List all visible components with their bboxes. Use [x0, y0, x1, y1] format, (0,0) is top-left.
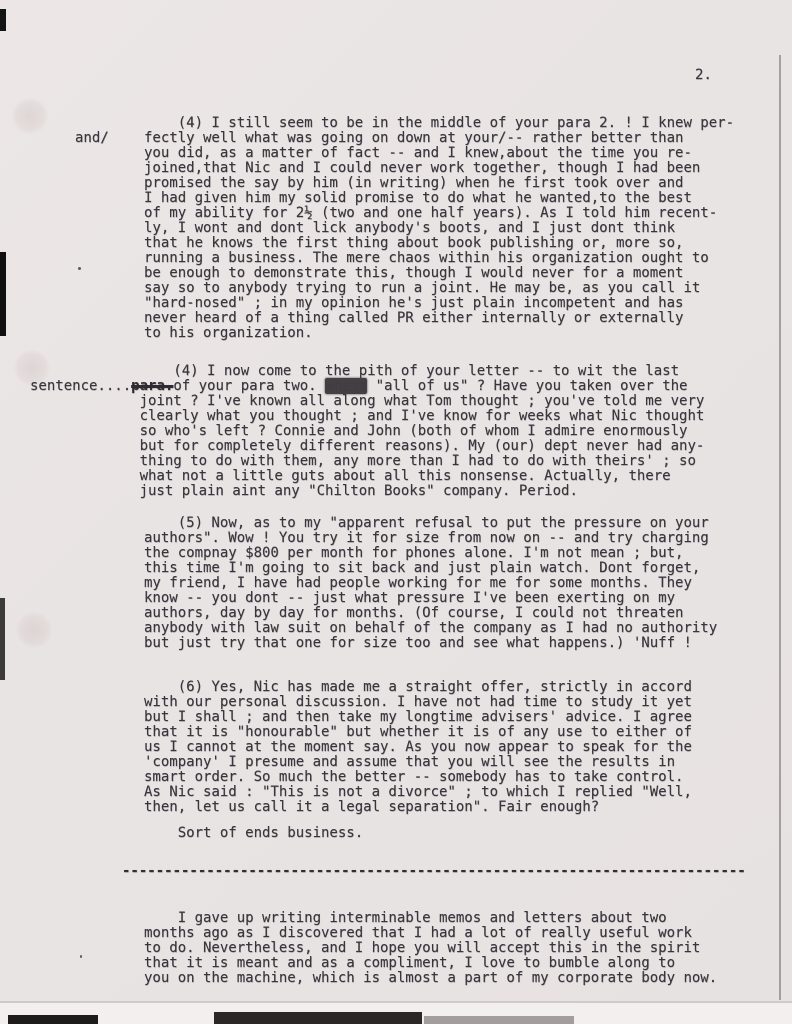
text-segment: "all of us" ? Have you taken over the: [367, 378, 687, 394]
text-line: never heard of a thing called PR either …: [144, 311, 734, 326]
margin-note-and: and/: [75, 131, 109, 146]
ink-speck: [78, 267, 81, 270]
paper-right-edge-line: [779, 55, 781, 1000]
text-line: but for completely different reasons). M…: [30, 439, 704, 454]
text-line: sentence....para.of your para two. Whats…: [30, 379, 704, 394]
text-line: I gave up writing interminable memos and…: [144, 911, 717, 926]
text-line: to his organization.: [144, 326, 734, 341]
text-segment: of your para two.: [173, 378, 325, 394]
sort-of-ends-line: Sort of ends business.: [144, 826, 363, 841]
paragraph-5: (5) Now, as to my "apparent refusal to p…: [144, 516, 717, 651]
text-line: fectly well what was going on down at yo…: [144, 131, 734, 146]
paragraph-4b: (4) I now come to the pith of your lette…: [30, 364, 704, 499]
closing-paragraph: I gave up writing interminable memos and…: [144, 911, 717, 986]
text-line: this time I'm going to sit back and just…: [144, 561, 717, 576]
text-line: you on the machine, which is almost a pa…: [144, 971, 717, 986]
text-line: I had given him my solid promise to do w…: [144, 191, 734, 206]
text-line: smart order. So much the better -- someb…: [144, 770, 692, 785]
text-line: authors, day by day for months. (Of cour…: [144, 606, 717, 621]
scan-edge-mark: [424, 1016, 574, 1024]
text-line: promised the say by him (in writing) whe…: [144, 176, 734, 191]
struck-text: para.: [131, 378, 173, 394]
text-line: of my ability for 2½ (two and one half y…: [144, 206, 734, 221]
text-line: say so to anybody trying to run a joint.…: [144, 281, 734, 296]
text-line: just plain aint any "Chilton Books" comp…: [30, 484, 704, 499]
ink-speck: [80, 955, 82, 958]
text-line: ly, I wont and dont lick anybody's boots…: [144, 221, 734, 236]
text-line: joined,that Nic and I could never work t…: [144, 161, 734, 176]
scan-edge-mark: [8, 1015, 98, 1024]
text-line: authors". Wow ! You try it for size from…: [144, 531, 717, 546]
scan-edge-mark: [0, 252, 6, 336]
page-number: 2.: [695, 68, 712, 83]
blot-text: Whats: [325, 378, 367, 394]
text-line: my friend, I have had people working for…: [144, 576, 717, 591]
text-line: (4) I now come to the pith of your lette…: [30, 364, 704, 379]
text-line: the compnay $800 per month for phones al…: [144, 546, 717, 561]
text-line: anybody with law suit on behalf of the c…: [144, 621, 717, 636]
scan-edge-mark: [0, 598, 5, 680]
scan-edge-mark: [214, 1012, 422, 1024]
text-line: but I shall ; and then take my longtime …: [144, 710, 692, 725]
text-line: that it is meant and as a compliment, I …: [144, 956, 717, 971]
text-segment: sentence....: [30, 378, 131, 394]
text-line: 'company' I presume and assume that you …: [144, 755, 692, 770]
text-line: As Nic said : "This is not a divorce" ; …: [144, 785, 692, 800]
hole-punch-ghost: [12, 98, 48, 134]
text-line: thing to do with them, any more than I h…: [30, 454, 704, 469]
text-line: but just try that one for size too and s…: [144, 636, 717, 651]
text-line: (5) Now, as to my "apparent refusal to p…: [144, 516, 717, 531]
text-line: to do. Nevertheless, and I hope you will…: [144, 941, 717, 956]
typed-divider-rule: ----------------------------------------…: [122, 864, 746, 879]
text-line: running a business. The mere chaos withi…: [144, 251, 734, 266]
text-line: us I cannot at the moment say. As you no…: [144, 740, 692, 755]
text-line: be enough to demonstrate this, though I …: [144, 266, 734, 281]
paragraph-6: (6) Yes, Nic has made me a straight offe…: [144, 680, 692, 815]
text-line: "hard-nosed" ; in my opinion he's just p…: [144, 296, 734, 311]
text-line: you did, as a matter of fact -- and I kn…: [144, 146, 734, 161]
text-line: clearly what you thought ; and I've know…: [30, 409, 704, 424]
text-line: Sort of ends business.: [144, 826, 363, 841]
hole-punch-ghost: [16, 612, 52, 648]
text-line: months ago as I discovered that I had a …: [144, 926, 717, 941]
text-line: then, let us call it a legal separation"…: [144, 800, 692, 815]
text-line: (6) Yes, Nic has made me a straight offe…: [144, 680, 692, 695]
text-line: that it is "honourable" but whether it i…: [144, 725, 692, 740]
text-line: what not a little guts about all this no…: [30, 469, 704, 484]
text-line: so who's left ? Connie and John (both of…: [30, 424, 704, 439]
text-line: know -- you dont -- just what pressure I…: [144, 591, 717, 606]
text-line: joint ? I've known all along what Tom th…: [30, 394, 704, 409]
text-line: (4) I still seem to be in the middle of …: [144, 116, 734, 131]
text-line: that he knows the first thing about book…: [144, 236, 734, 251]
scan-edge-mark: [0, 9, 6, 31]
text-line: with our personal discussion. I have not…: [144, 695, 692, 710]
paragraph-4a: (4) I still seem to be in the middle of …: [144, 116, 734, 341]
